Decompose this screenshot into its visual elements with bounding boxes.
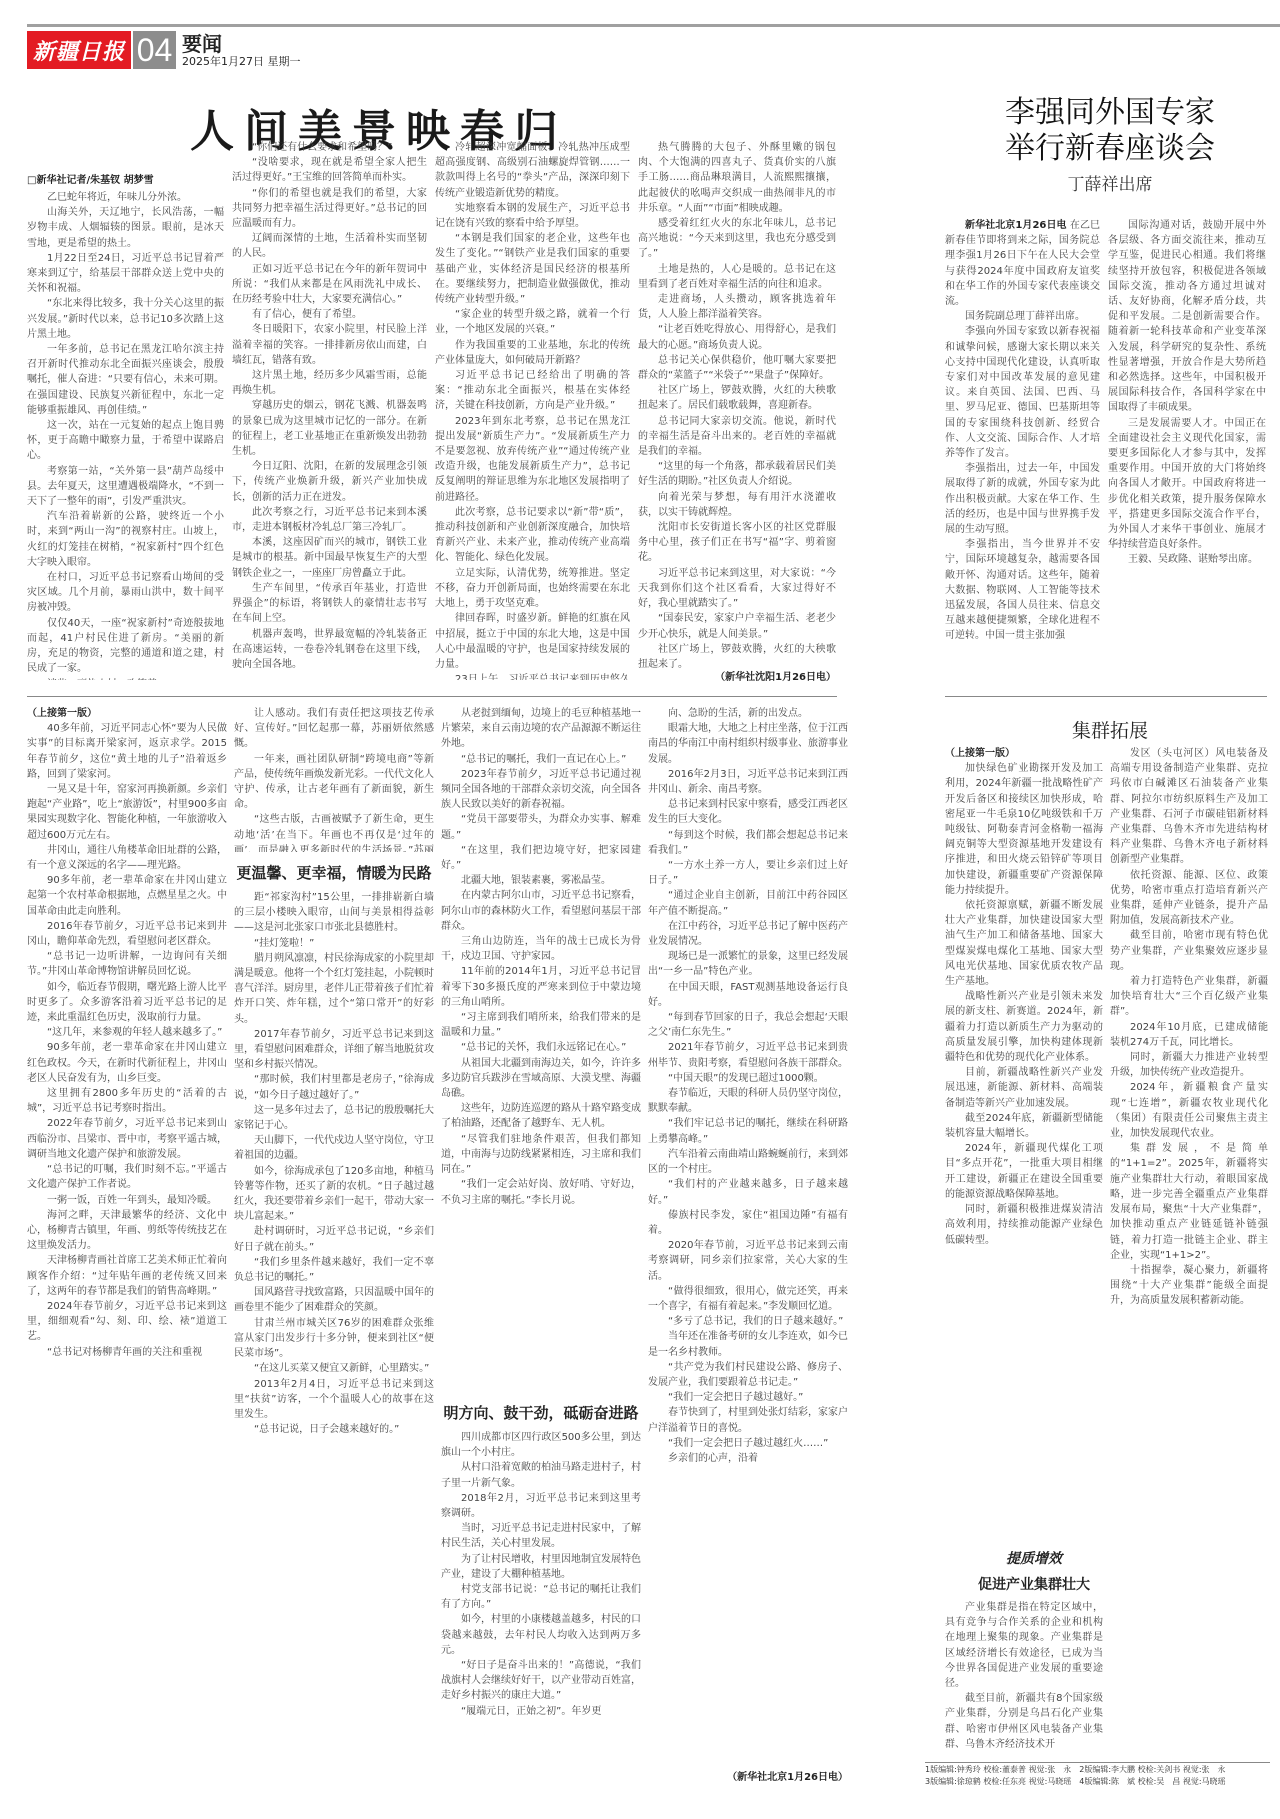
paragraph: “这几年，来参观的年轻人越来越多了。”: [27, 1025, 227, 1040]
paragraph: 总书记来到村民家中察看，感受江西老区发生的巨大变化。: [648, 797, 848, 827]
paragraph: “总书记的嘱托，我们一直记在心上。”: [441, 752, 641, 767]
paragraph: 社区广场上，锣鼓欢腾，火红的大秧歌扭起来了。: [638, 642, 836, 668]
continued-signoff: （新华社北京1月26日电）: [648, 1770, 848, 1785]
paragraph: 产业集群是指在特定区域中，具有竞争与合作关系的企业和机构在地理上聚集的现象。产业…: [945, 1600, 1103, 1691]
continued-column-3b: 四川成都市区四行政区500多公里，到达旗山一个小村庄。从村口沿着宽敞的柏油马路走…: [441, 1430, 641, 1810]
paragraph: 海河之畔，天津最繁华的经济、文化中心，杨柳青古镇里，年画、剪纸等传统技艺在这里焕…: [27, 1208, 227, 1254]
paragraph: 截至目前，新疆共有8个国家级产业集群，分别是乌昌石化产业集群、哈密市伊州区风电装…: [945, 1691, 1103, 1752]
lead-column-1: 乙巳蛇年将近，年味儿分外浓。山海关外，天辽地宁，长风浩荡，一幅岁物丰成、人烟辐辏…: [27, 190, 224, 680]
continued-column-1: （上接第一版） 40多年前，习近平同志心怀“要为人民做实事”的目标离开梁家河，返…: [27, 706, 227, 1806]
paragraph: 汽车沿着崭新的公路，驶终近一个小时，来到“两山一沟”的视察村庄。山坡上，火红的灯…: [27, 509, 224, 570]
paragraph: 总书记关心保供稳价，他叮嘱大家要把群众的“菜篮子”“米袋子”“果盘子”保障好。: [638, 353, 836, 383]
paragraph: 冬日暖阳下，农家小院里，村民脸上洋溢着幸福的笑容。一排排新房依山而建，白墙红瓦，…: [232, 322, 427, 368]
paragraph: “我们乡里条件越来越好，我们一定不辜负总书记的嘱托。”: [234, 1255, 434, 1285]
paragraph: 山海关外，天辽地宁，长风浩荡，一幅岁物丰成、人烟辐辏的图景。眼前，是冰天雪地，更…: [27, 205, 224, 251]
paragraph: 11年前的2014年1月，习近平总书记冒着零下30多摄氏度的严寒来到位于中蒙边境…: [441, 964, 641, 1010]
cluster-section-title: 集群拓展: [960, 716, 1260, 743]
paragraph: 2020年春节前，习近平总书记来到云南考察调研，同乡亲们拉家常，关心大家的生活。: [648, 1238, 848, 1284]
paragraph: 习近平总书记来到这里，对大家说：“今天我到你们这个社区看看，大家过得好不好，我心…: [638, 566, 836, 612]
paragraph: 习近平总书记已经给出了明确的答案：“推动东北全面振兴，根基在实体经济，关键在科技…: [435, 368, 630, 414]
paragraph: “尽管我们驻地条件艰苦，但我们都知道，中南海与边防线紧紧相连，习主席和我们同在。…: [441, 1132, 641, 1178]
paragraph: 一粥一饭，百姓一年到头，最知冷暖。: [27, 1193, 227, 1208]
paragraph: “我们村的产业越来越多，日子越来越好。”: [648, 1177, 848, 1207]
paragraph: “好日子是奋斗出来的！”高德说，“我们战旗村人会继续好好干，以产业带动百姓富，走…: [441, 1658, 641, 1704]
lead-column-3: 冷轧超深冲宽幅面板、冷轧热冲压成型超高强度钢、高级别石油螺旋焊管钢……一款款叫得…: [435, 140, 630, 680]
paragraph: “没啥要求，现在就是希望全家人把生活过得更好。”王宝维的回答简单而朴实。: [232, 155, 427, 185]
paragraph: 村党支部书记说：“总书记的嘱托让我们有了方向。”: [441, 1582, 641, 1612]
paragraph: 目前，新疆战略性新兴产业发展迅速，新能源、新材料、高端装备制造等新兴产业加速发展…: [945, 1065, 1103, 1111]
subhead-bright-road: 明方向、鼓干劲，砥砺奋进路: [441, 1402, 641, 1423]
paragraph: 当时，习近平总书记走进村民家中，了解村民生活，关心村里发展。: [441, 1521, 641, 1551]
paragraph: 2016年春节前夕，习近平总书记来到井冈山，瞻仰革命先烈，看望慰问老区群众。: [27, 919, 227, 949]
paragraph: 这里拥有2800多年历史的“活着的古城”，习近平总书记考察时指出。: [27, 1086, 227, 1116]
paragraph: 冷轧超深冲宽幅面板、冷轧热冲压成型超高强度钢、高级别石油螺旋焊管钢……一款款叫得…: [435, 140, 630, 201]
editor-credits-line2: 3版编辑:徐琼鹤 校检:任东亮 视觉:马晓瑶 4版编辑:陈 斌 校检:吴 昌 视…: [925, 1776, 1270, 1788]
cluster-subhead-line2: 促进产业集群壮大: [950, 1574, 1118, 1594]
paragraph: 集群发展，不是简单的“1+1=2”。2025年，新疆将实施产业集群壮大行动，着眼…: [1110, 1141, 1268, 1263]
lead-signoff-wrap: （新华社沈阳1月26日电）: [638, 670, 836, 686]
paragraph: 2017年春节前夕，习近平总书记来到这里，看望慰问困难群众，详细了解当地脱贫攻坚…: [234, 1027, 434, 1073]
paragraph: “家企业的转型升级之路，就着一个行业，一个地区发展的兴衰。”: [435, 307, 630, 337]
paragraph: 社区广场上，锣鼓欢腾，火红的大秧歌扭起来了。居民们载歌载舞，喜迎新春。: [638, 383, 836, 413]
continued-column-1-body: 40多年前，习近平同志心怀“要为人民做实事”的目标离开梁家河，返京求学。2015…: [27, 721, 227, 1360]
paragraph: 眼霜大地，大地之上村庄坐落，位于江西南昌的华南江中南村组织村级事业、旅游事业发展…: [648, 721, 848, 767]
paragraph: 本溪，这座因矿而兴的城市，钢铁工业是城市的根基。新中国最早恢复生产的大型钢铁企业…: [232, 535, 427, 581]
paragraph: 2024年10月底，已建成储能装机274万千瓦，同比增长。: [1110, 1020, 1268, 1050]
paragraph: “一方水土养一方人，要让乡亲们过上好日子。”: [648, 858, 848, 888]
paragraph: “国泰民安，家家户户幸福生活、老老少少开心快乐，就是人间美景。”: [638, 611, 836, 641]
cluster-column-2: 发区（头屯河区）风电装备及高端专用设备制造产业集群、克拉玛依市白碱滩区石油装备产…: [1110, 746, 1268, 1756]
paragraph: 这些年，边防连巡逻的路从十路窄路变成了柏油路，还配备了越野车、无人机。: [441, 1101, 641, 1131]
paragraph: 90多年前，老一辈革命家在井冈山建立起第一个农村革命根据地，点燃星星之火。中国革…: [27, 873, 227, 919]
paragraph: 作为我国重要的工业基地，东北的传统产业体量庞大，如何破局开新路？: [435, 338, 630, 368]
paragraph: 井冈山，通往八角楼革命旧址群的公路，有一个意义深远的名字——理光路。: [27, 843, 227, 873]
paragraph: 国际沟通对话，鼓励开展中外各层级、各方面交流往来，推动互学互鉴，促进民心相通。我…: [1108, 218, 1266, 416]
continued-label: （上接第一版）: [27, 706, 227, 721]
paragraph: “习主席到我们哨所来，给我们带来的是温暖和力量。”: [441, 1010, 641, 1040]
paragraph: 距“祁家沟村”15公里，一排排崭新白墙的三层小楼映入眼帘，山间与美景相得益彰——…: [234, 890, 434, 936]
paragraph: 实地察看本钢的发展生产，习近平总书记在饶有兴致的察看中给予厚望。: [435, 201, 630, 231]
paragraph: 截至2024年底，新疆新型储能装机容量大幅增长。: [945, 1111, 1103, 1141]
paragraph: 这片黑土地，经历多少风霜雪雨，总能再焕生机。: [232, 368, 427, 398]
paragraph: 现场已是一派繁忙的景象，这里已经发展出“一乡一品”特色产业。: [648, 949, 848, 979]
paragraph: 三角山边防连，当年的战士已成长为骨干，戍边卫国、守护家园。: [441, 934, 641, 964]
paragraph: 2016年2月3日，习近平总书记来到江西井冈山、新余、南昌考察。: [648, 767, 848, 797]
paragraph: 着力打造特色产业集群，新疆加快培育壮大“三个百亿级产业集群”。: [1110, 974, 1268, 1020]
right-headline-line1: 李强同外国专家: [960, 95, 1260, 131]
paragraph: 发区（头屯河区）风电装备及高端专用设备制造产业集群、克拉玛依市白碱滩区石油装备产…: [1110, 746, 1268, 868]
paragraph: “我们一定会把日子越过越好。”: [648, 1390, 848, 1405]
paragraph: 为了让村民增收，村里因地制宜发展特色产业，建设了大棚种植基地。: [441, 1552, 641, 1582]
paragraph: 沈阳市长安街道长客小区的社区党群服务中心里，孩子们正在书写“福”字、剪着窗花。: [638, 520, 836, 566]
paragraph: 同时，新疆大力推进产业转型升级，加快传统产业改造提升。: [1110, 1050, 1268, 1080]
paragraph: 向着光荣与梦想，每有用汗水浇灌收获，以实干铸就辉煌。: [638, 490, 836, 520]
lead-byline: □新华社记者/朱基钗 胡梦雪: [27, 171, 154, 186]
masthead-rule: [27, 24, 1280, 27]
paragraph: 一年来，画社团队研制“跨境电商”等新产品，使传统年画焕发新光彩。一代代文化人守护…: [234, 752, 434, 813]
paragraph: 汽车沿着云南曲靖山路蜿蜒前行，来到郊区的一个村庄。: [648, 1147, 848, 1177]
paragraph: 仅仅40天，一座“祝家新村”奇迹般拔地而起，41户村民住进了新房。“美丽的新房，…: [27, 616, 224, 677]
paragraph: 依托资源禀赋，新疆不断发展壮大产业集群，加快建设国家大型油气生产加工和储备基地、…: [945, 898, 1103, 989]
paragraph: 2023年春节前夕，习近平总书记通过视频同全国各地的干部群众亲切交流，向全国各族…: [441, 767, 641, 813]
paragraph: 从祖国大北疆到南海边关，如今，许许多多边防官兵跋涉在雪域高原、大漠戈壁、海疆岛礁…: [441, 1056, 641, 1102]
paragraph: “那时候，我们村里都是老房子，”徐海成说，“如今日子越过越好了。”: [234, 1072, 434, 1102]
paragraph: “多亏了总书记，我们的日子越来越好。”: [648, 1314, 848, 1329]
paragraph: 赴村调研时，习近平总书记说，“乡亲们好日子就在前头。”: [234, 1224, 434, 1254]
paragraph: 辽阔而深情的土地，生活着朴实而坚韧的人民。: [232, 231, 427, 261]
paragraph: 在中国天眼，FAST观测基地设备运行良好。: [648, 980, 848, 1010]
paragraph: 四川成都市区四行政区500多公里，到达旗山一个小村庄。: [441, 1430, 641, 1460]
paragraph: 如今，临近春节假期，曙光路上游人比平时更多了。众多游客沿着习近平总书记的足迹，来…: [27, 980, 227, 1026]
paragraph: 春节快到了，村里到处张灯结彩，家家户户洋溢着节日的喜悦。: [648, 1405, 848, 1435]
paragraph: “我们一定会站好岗、放好哨、守好边，不负习主席的嘱托。”李长月说。: [441, 1177, 641, 1207]
continued-signoff-wrap: （新华社北京1月26日电）: [648, 1770, 848, 1786]
paragraph: 1月22日至24日，习近平总书记冒着严寒来到辽宁，给基层干部群众送上党中央的关怀…: [27, 251, 224, 297]
paragraph: 天山脚下，一代代戍边人坚守岗位，守卫着祖国的边疆。: [234, 1133, 434, 1163]
paragraph: “让老百姓吃得放心、用得舒心，是我们最大的心愿。”商场负责人说。: [638, 322, 836, 352]
paragraph: “我们一定会把日子越过越红火……”: [648, 1436, 848, 1451]
paragraph: 40多年前，习近平同志心怀“要为人民做实事”的目标离开梁家河，返京求学。2015…: [27, 721, 227, 782]
paragraph: “做得很细致，很用心，做完还笑，再来一个喜字，有福有着起来。”李发顺回忆道。: [648, 1284, 848, 1314]
editor-credits-line1: 1版编辑:钟秀玲 校检:董泰普 视觉:张 永 2版编辑:李大鹏 校检:关剑书 视…: [925, 1764, 1270, 1776]
paragraph: 向、急盼的生活，新的出发点。: [648, 706, 848, 721]
paragraph: “总书记对杨柳青年画的关注和重视: [27, 1345, 227, 1360]
cluster-column-1a-body: 加快绿色矿业勘探开发及加工利用，2024年新疆一批战略性矿产开发后备区和接续区加…: [945, 761, 1103, 1248]
paragraph: “共产党为我们村民建设公路、修房子、发展产业，我们要跟着总书记走。”: [648, 1360, 848, 1390]
paragraph: 2013年2月4日，习近平总书记来到这里“扶贫”访客，一个个温暖人心的故事在这里…: [234, 1377, 434, 1423]
paragraph: 23日上午，习近平总书记来到历史悠久的沈阳大东副食品商场。: [435, 672, 630, 680]
paragraph: 截至目前，哈密市现有特色优势产业集群，产业集聚效应逐步显现。: [1110, 928, 1268, 974]
paragraph: 2023年到东北考察，总书记在黑龙江提出发展“新质生产力”。“发展新质生产力不是…: [435, 414, 630, 505]
paragraph: “中国天眼”的发现已超过1000颗。: [648, 1071, 848, 1086]
paragraph: 正如习近平总书记在今年的新年贺词中所说：“我们从来都是在风雨洗礼中成长、在历经考…: [232, 262, 427, 308]
continued-column-2a: 让人感动。我们有责任把这项技艺传承好、宣传好。”回忆起那一幕，苏丽妍依然感慨。一…: [234, 706, 434, 852]
continued-column-2b: 距“祁家沟村”15公里，一排排崭新白墙的三层小楼映入眼帘，山间与美景相得益彰——…: [234, 890, 434, 1810]
paragraph: 三是发展需要人才。中国正在全面建设社会主义现代化国家，需要更多国际化人才参与其中…: [1108, 416, 1266, 553]
paragraph: 这一晃多年过去了，总书记的殷殷嘱托大家铭记于心。: [234, 1103, 434, 1133]
masthead-text: 要闻 2025年1月27日 星期一: [182, 31, 301, 69]
paragraph: 如今，徐海成承包了120多亩地，种植马铃薯等作物，还买了新的农机。“日子越过越红…: [234, 1164, 434, 1225]
paragraph: 同时，新疆积极推进煤炭清洁高效利用，持续推动能源产业绿色低碳转型。: [945, 1202, 1103, 1248]
paragraph: 春节临近，天眼的科研人员仍坚守岗位，默默奉献。: [648, 1086, 848, 1116]
paragraph: 十指握拳，凝心聚力，新疆将围绕“十大产业集群”能级全面提升，为高质量发展积蓄新动…: [1110, 1263, 1268, 1309]
paragraph: 李强向外国专家致以新春祝福和诚挚问候，感谢大家长期以来关心支持中国现代化建设，认…: [945, 324, 1100, 461]
paragraph: 如今，村里的小康楼越盖越多，村民的口袋越来越鼓，去年村民人均收入达到两万多元。: [441, 1612, 641, 1658]
right-headline-block: 李强同外国专家 举行新春座谈会 丁薛祥出席: [960, 95, 1260, 195]
paragraph: 此次考察，总书记要求以“新”带“质”，推动科技创新和产业创新深度融合，加快培育新…: [435, 505, 630, 566]
paragraph: 王毅、吴政隆、谌贻琴出席。: [1108, 552, 1266, 567]
page-number: 04: [133, 31, 176, 69]
paragraph: “每到春节回家的日子，我总会想起‘天眼之父’南仁东先生。”: [648, 1010, 848, 1040]
paragraph: 从村口沿着宽敞的柏油马路走进村子，村子里一片新气象。: [441, 1460, 641, 1490]
paragraph: 这一次，站在一元复始的起点上饱目骋怀，更于高瞻中瞰察力量，于希望中谋路启心。: [27, 418, 224, 464]
paragraph: 从老挝到缅甸，边境上的毛豆种植基地一片繁荣，来自云南边境的农产品源源不断运往外地…: [441, 706, 641, 752]
paragraph: “总书记一边听讲解，一边询问有关细节。”井冈山革命博物馆讲解员回忆说。: [27, 949, 227, 979]
paragraph: 2024年春节前夕，习近平总书记来到这里，细细观看“勾、刻、印、绘、裱”道道工艺…: [27, 1299, 227, 1345]
paragraph: 走进商场，人头攒动，顾客挑选着年货，人人脸上都洋溢着笑容。: [638, 292, 836, 322]
subhead-warm-road: 更温馨、更幸福，情暖为民路: [234, 862, 434, 883]
masthead: 新疆日报 04 要闻 2025年1月27日 星期一: [27, 31, 301, 69]
paragraph: “挂灯笼啦！”: [234, 936, 434, 951]
paragraph: 谈些一副热山村，欢笑着。: [27, 677, 224, 681]
paragraph: “在这儿买菜又便宜又新鲜，心里踏实。”: [234, 1361, 434, 1376]
paragraph: 在内蒙古阿尔山市，习近平总书记察看，阿尔山市的森林防火工作，看望慰问基层干部群众…: [441, 888, 641, 934]
paragraph: 2021年春节前夕，习近平总书记来到贵州毕节、贵阳考察，看望慰问各族干部群众。: [648, 1040, 848, 1070]
paragraph: 天津杨柳青画社首席工艺美术师正忙着向顾客作介绍：“过年贴年画的老传统又回来了，这…: [27, 1253, 227, 1299]
paragraph: “这些古版，古画被赋予了新生命，更生动地‘活’在当下。年画也不再仅是‘过年的画’…: [234, 812, 434, 852]
divider-right: [945, 696, 1267, 697]
right-dateline: 新华社北京1月26日电: [965, 220, 1067, 231]
continued-column-4: 向、急盼的生活，新的出发点。眼霜大地，大地之上村庄坐落，位于江西南昌的华南江中南…: [648, 706, 848, 1766]
paragraph: 一年多前，总书记在黑龙江哈尔滨主持召开新时代推动东北全面振兴座谈会，殷殷嘱托，催…: [27, 342, 224, 418]
paragraph: 2024年，新疆粮食产量实现“七连增”，新疆农牧业现代化（集团）有限责任公司聚焦…: [1110, 1080, 1268, 1141]
paragraph: 总书记同大家亲切交流。他说，新时代的幸福生活是奋斗出来的。老百姓的幸福就是我们的…: [638, 414, 836, 460]
paragraph: “本钢是我们国家的老企业，这些年也发生了变化。”“钢铁产业是我们国家的重要基础产…: [435, 231, 630, 307]
paragraph: 2024年，新疆现代煤化工项目“多点开花”，一批重大项目相继开工建设，新疆正在建…: [945, 1141, 1103, 1202]
issue-date: 2025年1月27日 星期一: [182, 55, 301, 68]
right-column-1-body: 国务院副总理丁薛祥出席。李强向外国专家致以新春祝福和诚挚问候，感谢大家长期以来关…: [945, 309, 1100, 643]
paragraph: 在江中药谷，习近平总书记了解中医药产业发展情况。: [648, 919, 848, 949]
editor-credits: 1版编辑:钟秀玲 校检:董泰普 视觉:张 永 2版编辑:李大鹏 校检:关剑书 视…: [925, 1764, 1270, 1788]
paragraph: 土地是热的，人心是暖的。总书记在这里看到了老百姓对幸福生活的向往和追求。: [638, 262, 836, 292]
paragraph: “总书记说，日子会越来越好的。”: [234, 1422, 434, 1437]
continued-column-3a: 从老挝到缅甸，边境上的毛豆种植基地一片繁荣，来自云南边境的农产品源源不断运往外地…: [441, 706, 641, 1398]
paragraph: 律回春晖，时盛岁新。鲜艳的红旗在风中招展，挺立于中国的东北大地，这是中国人心中最…: [435, 611, 630, 672]
divider-lead: [27, 696, 837, 697]
paragraph: 乡亲们的心声，沿着: [648, 1451, 848, 1466]
paragraph: 考察第一站，“关外第一县”葫芦岛绥中县。去年夏天，这里遭遇极端降水，“不到一天下…: [27, 464, 224, 510]
paragraph: “你们还有什么要求和希望吗？”: [232, 140, 427, 155]
paragraph: 腊月朔风凛凛，村民徐海成家的小院里却满是暖意。他将一个个红灯笼挂起，小院顿时喜气…: [234, 951, 434, 1027]
paragraph: 战略性新兴产业是引领未来发展的新支柱、新赛道。2024年，新疆着力打造以新质生产…: [945, 989, 1103, 1065]
paragraph: “党员干部要带头，为群众办实事、解难题。”: [441, 812, 641, 842]
paragraph: “你们的希望也就是我们的希望，大家共同努力把幸福生活过得更好。”总书记的回应温暖…: [232, 186, 427, 232]
lead-signoff: （新华社沈阳1月26日电）: [638, 670, 836, 685]
section-name: 要闻: [182, 33, 301, 55]
right-dateline-para: 新华社北京1月26日电 在乙巳新春佳节即将到来之际，国务院总理李强1月26日下午…: [945, 218, 1100, 309]
cluster-cont-label: （上接第一版）: [945, 746, 1103, 761]
paragraph: 2022年春节前夕，习近平总书记来到山西临汾市、吕梁市、晋中市，考察平遥古城，调…: [27, 1116, 227, 1162]
paragraph: “这里的每一个角落，都承载着居民们美好生活的期盼。”社区负责人介绍说。: [638, 459, 836, 489]
paragraph: 90多年前，老一辈革命家在井冈山建立红色政权。今天，在新时代新征程上，井冈山老区…: [27, 1040, 227, 1086]
paragraph: 傣族村民李发，家住“祖国边陲”有福有着。: [648, 1208, 848, 1238]
paragraph: 感受着红红火火的东北年味儿，总书记高兴地说：“今天来到这里，我也充分感受到了。”: [638, 216, 836, 262]
paragraph: 国风路营寻找致富路，只因温暖中国年的画卷里不能少了困难群众的笑颜。: [234, 1285, 434, 1315]
paragraph: 热气腾腾的大包子、外酥里嫩的锅包肉、个大饱满的四喜丸子、货真价实的八旗手工肠………: [638, 140, 836, 216]
paragraph: “通过企业自主创新，目前江中药谷园区年产值不断提高。”: [648, 888, 848, 918]
paragraph: 加快绿色矿业勘探开发及加工利用，2024年新疆一批战略性矿产开发后备区和接续区加…: [945, 761, 1103, 898]
paragraph: 李强指出，过去一年，中国发展取得了新的成就，外国专家为此作出积极贡献。大家在华工…: [945, 461, 1100, 537]
paragraph: 2018年2月，习近平总书记来到这里考察调研。: [441, 1491, 641, 1521]
cluster-subhead-line1: 提质增效: [950, 1548, 1118, 1568]
lead-column-2: “你们还有什么要求和希望吗？”“没啥要求，现在就是希望全家人把生活过得更好。”王…: [232, 140, 427, 680]
cluster-column-1a: （上接第一版） 加快绿色矿业勘探开发及加工利用，2024年新疆一批战略性矿产开发…: [945, 746, 1103, 1536]
paragraph: 立足实际，认清优势，统筹推进。坚定不移，奋力开创新局面，也始终需要在东北大地上，…: [435, 566, 630, 612]
right-column-2: 国际沟通对话，鼓励开展中外各层级、各方面交流往来，推动互学互鉴，促进民心相通。我…: [1108, 218, 1266, 690]
paragraph: “在这里，我们把边境守好，把家园建好。”: [441, 843, 641, 873]
cluster-subhead: 提质增效 促进产业集群壮大: [950, 1548, 1118, 1594]
right-headline-line2: 举行新春座谈会: [960, 131, 1260, 167]
paragraph: 一晃又是十年，窑家河再换新颜。乡亲们跑起“产业路”，吃上“旅游饭”，村里900多…: [27, 782, 227, 843]
paragraph: 李强指出，当今世界并不安宁，国际环境越复杂，越需要各国敞开怀、沟通对话。这些年，…: [945, 537, 1100, 643]
right-subheadline: 丁薛祥出席: [960, 170, 1260, 195]
paragraph: “履端元日，正始之初”。年岁更: [441, 1704, 641, 1719]
paragraph: 今日辽阳、沈阳，在新的发展理念引领下，传统产业焕新升级，新兴产业加快成长，创新的…: [232, 459, 427, 505]
paragraph: 当年还在准备考研的女儿李连欢，如今已是一名乡村教师。: [648, 1329, 848, 1359]
paragraph: 甘肃兰州市城关区76岁的困难群众张维富从家门出发步行十多分钟，便来到社区“便民菜…: [234, 1316, 434, 1362]
paragraph: “每到这个时候，我们都会想起总书记来看我们。”: [648, 828, 848, 858]
paragraph: 此次考察之行，习近平总书记来到本溪市，走进本钢板材冷轧总厂第三冷轧厂。: [232, 505, 427, 535]
paragraph: 有了信心，便有了希望。: [232, 307, 427, 322]
paragraph: “总书记的叮嘱，我们时刻不忘。”平遥古文化遗产保护工作者说。: [27, 1162, 227, 1192]
paragraph: 国务院副总理丁薛祥出席。: [945, 309, 1100, 324]
footer-rule: [925, 1762, 1270, 1763]
paragraph: 让人感动。我们有责任把这项技艺传承好、宣传好。”回忆起那一幕，苏丽妍依然感慨。: [234, 706, 434, 752]
right-first-para: 在乙巳新春佳节即将到来之际，国务院总理李强1月26日下午在人民大会堂与获得202…: [945, 220, 1100, 307]
paragraph: “东北来得比较多，我十分关心这里的振兴发展。”新时代以来，总书记10多次踏上这片…: [27, 296, 224, 342]
lead-column-4: 热气腾腾的大包子、外酥里嫩的锅包肉、个大饱满的四喜丸子、货真价实的八旗手工肠………: [638, 140, 836, 668]
paragraph: 乙巳蛇年将近，年味儿分外浓。: [27, 190, 224, 205]
paragraph: 北疆大地，银装素裹，雾凇晶莹。: [441, 873, 641, 888]
paragraph: “我们牢记总书记的嘱托，继续在科研路上勇攀高峰。”: [648, 1116, 848, 1146]
paragraph: 生产车间里，“传承百年基业，打造世界强企”的标语，将钢铁人的豪情壮志书写在车间上…: [232, 581, 427, 627]
paragraph: 机器声轰鸣，世界最宽幅的冷轧装备正在高速运转，一卷卷冷轧钢卷在这里下线，驶向全国…: [232, 627, 427, 673]
right-column-1: 新华社北京1月26日电 在乙巳新春佳节即将到来之际，国务院总理李强1月26日下午…: [945, 218, 1100, 690]
paragraph: 在村口，习近平总书记察看山坳间的受灾区域。几个月前，暴雨山洪中，数十间平房被冲毁…: [27, 570, 224, 616]
newspaper-logo: 新疆日报: [27, 31, 131, 69]
cluster-column-1b: 产业集群是指在特定区域中，具有竞争与合作关系的企业和机构在地理上聚集的现象。产业…: [945, 1600, 1103, 1760]
paragraph: 依托资源、能源、区位、政策优势，哈密市重点打造培育新兴产业集群，延伸产业链条，提…: [1110, 868, 1268, 929]
paragraph: 穿越历史的烟云，钢花飞溅、机器轰鸣的景象已成为这里城市记忆的一部分。在新的征程上…: [232, 398, 427, 459]
paragraph: “总书记的关怀，我们永远铭记在心。”: [441, 1040, 641, 1055]
